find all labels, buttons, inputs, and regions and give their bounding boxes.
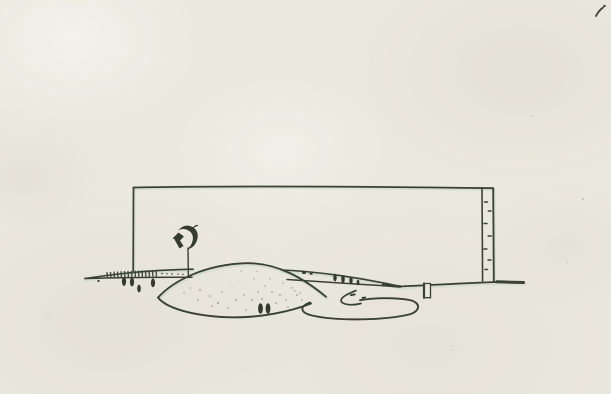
end-tower: [482, 188, 494, 282]
tower-window-ticks: [484, 202, 491, 270]
terrace-strip: [282, 270, 400, 299]
sketch-drawing: [0, 0, 611, 394]
figure-silhouettes-left: [97, 277, 155, 292]
pen-mark-top-right: [596, 5, 606, 16]
hammer-and-sickle-icon: [173, 226, 198, 250]
paper-specks: [47, 57, 584, 370]
scanned-sketch-page: [0, 0, 611, 394]
figure-silhouettes-mound: [258, 303, 270, 314]
path-loop: [302, 291, 418, 320]
mound-stipple: [183, 270, 303, 311]
right-post: [424, 284, 431, 298]
